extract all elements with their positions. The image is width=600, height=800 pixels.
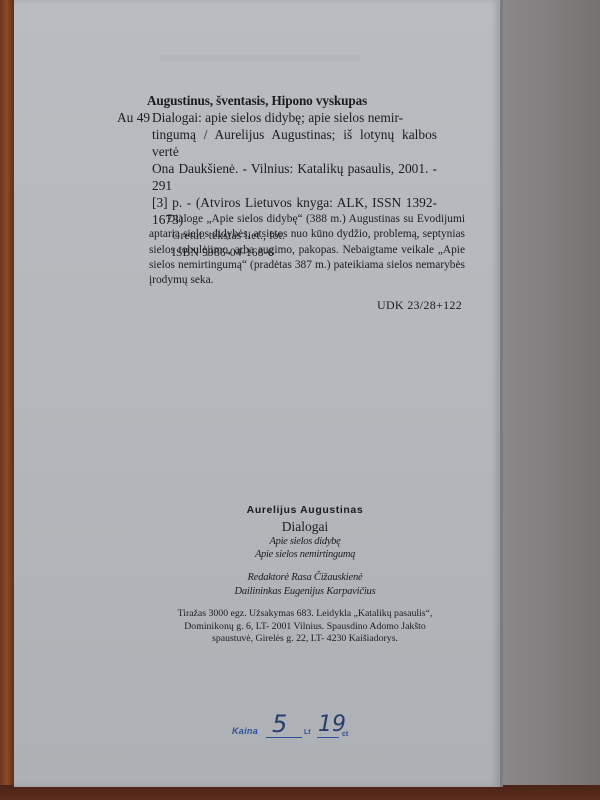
cents-underline (317, 737, 339, 738)
subtitle: Apie sielos nemirtingumą (150, 548, 460, 561)
contributors: Redaktorė Rasa Čižauskienė Dailininkas E… (150, 571, 460, 598)
annotation: Dialoge „Apie sielos didybę“ (388 m.) Au… (149, 212, 465, 288)
annotation-text: Dialoge „Apie sielos didybę“ (388 m.) Au… (149, 212, 465, 288)
adjacent-page (503, 0, 600, 800)
show-through-text (160, 55, 360, 61)
description-line: Dialogai: apie sielos didybę; apie sielo… (152, 109, 437, 126)
imprint-line: Tiražas 3000 egz. Užsakymas 683. Leidykl… (150, 608, 460, 621)
catalog-heading: Augustinus, šventasis, Hipono vyskupas (147, 92, 437, 109)
cents-unit: ct (342, 731, 348, 738)
wooden-surface-bottom (0, 785, 600, 800)
catalog-entry: Au 49 Dialogai: apie sielos didybę; apie… (117, 109, 437, 228)
description-line: tingumą / Aurelijus Augustinas; iš lotyn… (152, 126, 437, 160)
imprint-line: Dominikonų g. 6, LT- 2001 Vilnius. Spaus… (150, 621, 460, 634)
author-name: Aurelijus Augustinas (150, 503, 460, 517)
description-line: Ona Daukšienė. - Vilnius: Katalikų pasau… (152, 160, 437, 194)
litas-unit: Lt (304, 729, 311, 736)
editor: Redaktorė Rasa Čižauskienė (150, 571, 460, 585)
wooden-surface-left (0, 0, 14, 800)
imprint: Tiražas 3000 egz. Užsakymas 683. Leidykl… (150, 608, 460, 646)
page-edge-shadow (500, 0, 503, 787)
subtitle: Apie sielos didybę (150, 535, 460, 548)
book-title: Dialogai (150, 519, 460, 535)
udk-code: UDK 23/28+122 (300, 298, 462, 313)
artist: Dailininkas Eugenijus Karpavičius (150, 585, 460, 599)
catalog-description: Dialogai: apie sielos didybę; apie sielo… (152, 109, 437, 228)
price-stamp: Kaina 5 Lt 19 ct (232, 712, 372, 742)
price-label: Kaina (232, 726, 258, 736)
book-credits: Aurelijus Augustinas Dialogai Apie sielo… (150, 503, 460, 598)
imprint-line: spaustuvė, Girelės g. 22, LT- 4230 Kaiši… (150, 633, 460, 646)
litas-value: 5 (272, 710, 287, 738)
call-number: Au 49 (117, 109, 152, 228)
